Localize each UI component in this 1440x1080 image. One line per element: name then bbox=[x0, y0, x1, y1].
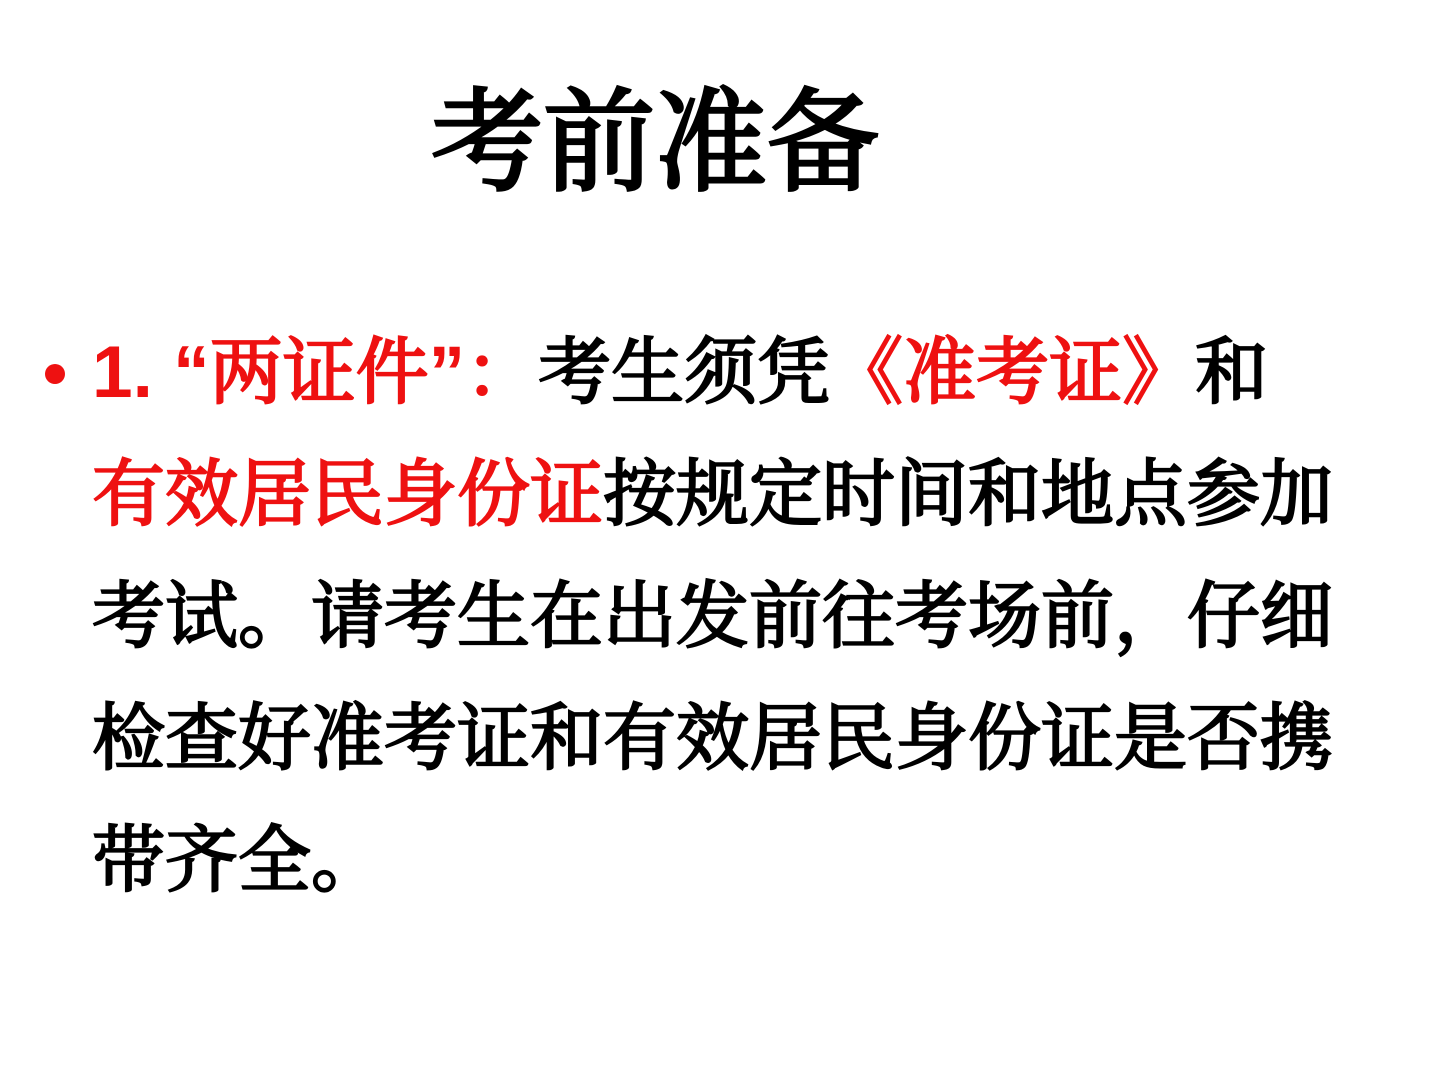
text-line: 1. “两证件”：考生须凭《准考证》和 bbox=[92, 312, 1392, 434]
text-line: 检查好准考证和有效居民身份证是否携 bbox=[92, 678, 1392, 800]
text-segment: 检查好准考证和有效居民身份证是否携 bbox=[92, 698, 1333, 779]
text-segment: 1. “两证件”： bbox=[92, 332, 538, 413]
text-segment: 带齐全。 bbox=[92, 820, 384, 901]
bullet-item: 1. “两证件”：考生须凭《准考证》和有效居民身份证按规定时间和地点参加考试。请… bbox=[0, 312, 1440, 922]
bullet-marker-icon bbox=[45, 364, 65, 384]
text-segment: 按规定时间和地点参加 bbox=[603, 454, 1333, 535]
text-segment: 《准考证》 bbox=[830, 332, 1195, 413]
text-segment: 有效居民身份证 bbox=[92, 454, 603, 535]
text-segment: 和 bbox=[1195, 332, 1268, 413]
text-line: 有效居民身份证按规定时间和地点参加 bbox=[92, 434, 1392, 556]
slide-title: 考前准备 bbox=[0, 70, 1310, 216]
text-segment: 考试。请考生在出发前往考场前，仔细 bbox=[92, 576, 1333, 657]
text-line: 考试。请考生在出发前往考场前，仔细 bbox=[92, 556, 1392, 678]
slide: 考前准备 1. “两证件”：考生须凭《准考证》和有效居民身份证按规定时间和地点参… bbox=[0, 0, 1440, 1080]
text-segment: 考生须凭 bbox=[538, 332, 830, 413]
bullet-text: 1. “两证件”：考生须凭《准考证》和有效居民身份证按规定时间和地点参加考试。请… bbox=[92, 312, 1392, 922]
text-line: 带齐全。 bbox=[92, 800, 1392, 922]
